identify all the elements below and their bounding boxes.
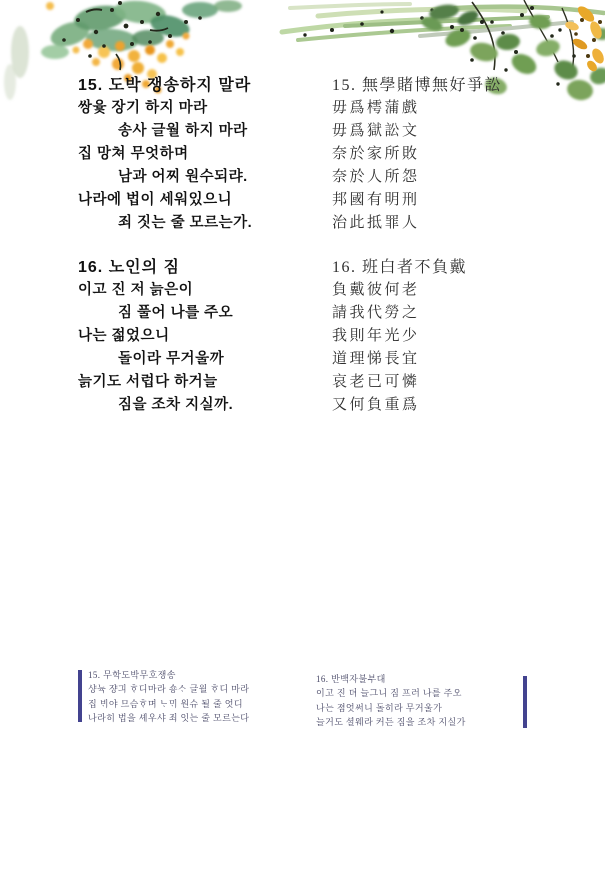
ink-dots-left <box>62 1 202 70</box>
poem-line-zh: 奈於人所怨 <box>332 166 502 189</box>
poem-line-zh: 邦國有明刑 <box>332 189 502 212</box>
poem-line-ko: 늙기도 서럽다 하거늘 <box>78 371 233 394</box>
poem-line-zh: 奈於家所敗 <box>332 143 502 166</box>
footnote-accent-bar-left <box>78 670 82 722</box>
section-15-korean: 15. 도박 쟁송하지 말라 쌍윷 장기 하지 마라 송사 글월 하지 마라 집… <box>78 74 252 235</box>
section-15-heading-zh: 15. 無學賭博無好爭訟 <box>332 74 502 97</box>
poem-line-zh: 治此抵罪人 <box>332 212 502 235</box>
footnote-right: 16. 반백자불부대 이고 진 뎌 늘그니 짐 프러 나를 주오 나는 졈엇써니… <box>316 672 536 729</box>
poem-line-zh: 又何負重爲 <box>332 394 467 417</box>
footnote-line: 나는 졈엇써니 돌히라 무거울가 <box>316 701 536 715</box>
poem-line-ko: 짐을 조차 지실까. <box>78 394 233 417</box>
section-16-heading-ko: 16. 노인의 짐 <box>78 256 233 279</box>
footnote-title: 16. 반백자불부대 <box>316 672 536 686</box>
poem-line-ko: 이고 진 저 늙은이 <box>78 279 233 302</box>
footnote-title: 15. 무학도박무호쟁송 <box>88 668 308 682</box>
footnote-line: 늘거도 셜웨라 커든 짐을 조차 지실가 <box>316 715 536 729</box>
footnote-line: 집 ᄇᆡ야 므슴ᄒᆞ며 ᄂᆞᄆᆡ 원슈 될 줄 엇디 <box>88 697 308 711</box>
poem-line-ko: 나는 젊었으니 <box>78 325 233 348</box>
poem-line-ko: 송사 글월 하지 마라 <box>78 120 252 143</box>
poem-line-ko: 쌍윷 장기 하지 마라 <box>78 97 252 120</box>
poem-line-zh: 道理悌長宜 <box>332 348 467 371</box>
poem-line-zh: 哀老已可憐 <box>332 371 467 394</box>
section-16-korean: 16. 노인의 짐 이고 진 저 늙은이 짐 풀어 나를 주오 나는 젊었으니 … <box>78 256 233 417</box>
poem-line-zh: 負戴彼何老 <box>332 279 467 302</box>
poem-line-zh: 毋爲樗蒲戲 <box>332 97 502 120</box>
section-16-heading-zh: 16. 班白者不負戴 <box>332 256 467 279</box>
grass-strokes <box>282 4 604 40</box>
poem-line-zh: 毋爲獄訟文 <box>332 120 502 143</box>
poem-line-ko: 짐 풀어 나를 주오 <box>78 302 233 325</box>
flower-petals-right <box>564 4 605 74</box>
poem-line-zh: 我則年光少 <box>332 325 467 348</box>
ink-dots-band <box>303 8 561 39</box>
footnote-left: 15. 무학도박무호쟁송 샹뉵 쟝긔 ᄒᆞ디마라 숑ᄉᆞ 글월 ᄒᆞ디 마라 집… <box>88 668 308 725</box>
footnote-line: 나라히 법을 셰우샤 죄 잇는 줄 모르는다 <box>88 711 308 725</box>
section-15-heading-ko: 15. 도박 쟁송하지 말라 <box>78 74 252 97</box>
section-15-hanja: 15. 無學賭博無好爭訟 毋爲樗蒲戲 毋爲獄訟文 奈於家所敗 奈於人所怨 邦國有… <box>332 74 502 235</box>
poem-line-ko: 남과 어찌 원수되랴. <box>78 166 252 189</box>
footnote-line: 샹뉵 쟝긔 ᄒᆞ디마라 숑ᄉᆞ 글월 ᄒᆞ디 마라 <box>88 682 308 696</box>
footnote-accent-bar-right <box>523 676 527 728</box>
poem-line-ko: 죄 짓는 줄 모르는가. <box>78 212 252 235</box>
poem-line-ko: 나라에 법이 세워있으니 <box>78 189 252 212</box>
poem-line-ko: 돌이라 무거울까 <box>78 348 233 371</box>
poem-line-zh: 請我代勞之 <box>332 302 467 325</box>
section-16-hanja: 16. 班白者不負戴 負戴彼何老 請我代勞之 我則年光少 道理悌長宜 哀老已可憐… <box>332 256 467 417</box>
footnote-line: 이고 진 뎌 늘그니 짐 프러 나를 주오 <box>316 686 536 700</box>
poem-line-ko: 집 망쳐 무엇하며 <box>78 143 252 166</box>
